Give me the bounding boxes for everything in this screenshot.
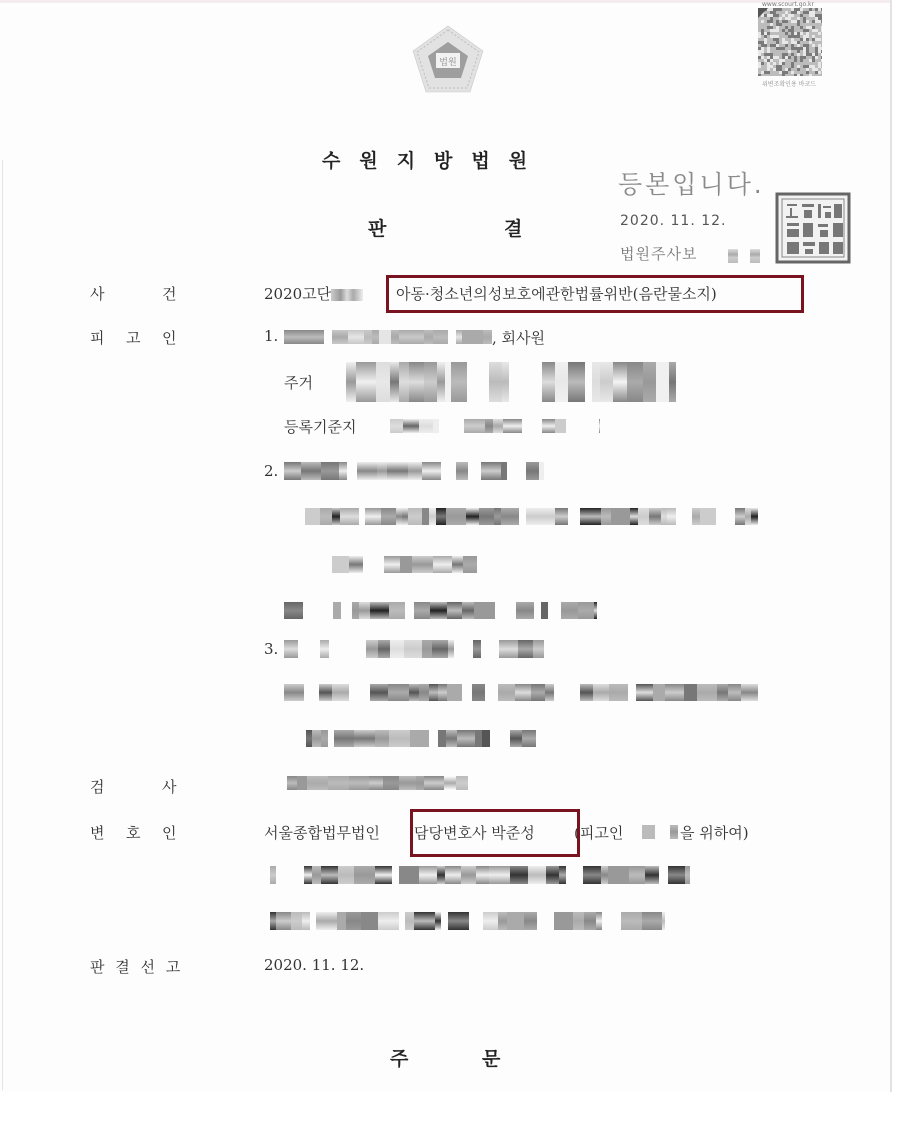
counsel-for-prefix: (피고인	[574, 822, 623, 843]
redacted-defendant-2-address	[284, 508, 758, 525]
section-heading-right: 문	[482, 1044, 500, 1071]
redacted-prosecutor-name	[260, 776, 468, 790]
redacted-defendant-1-name	[284, 330, 324, 344]
redacted-defendant-3-address	[284, 684, 758, 701]
redacted-defendant-2-registry	[284, 602, 597, 619]
counsel-firm: 서울종합법무법인	[264, 822, 380, 843]
verdict-date: 2020. 11. 12.	[264, 956, 364, 974]
redacted-defendant-3-name	[284, 640, 544, 658]
redacted-defendant-2-address-cont	[332, 556, 477, 573]
defendant-2-index: 2.	[264, 462, 278, 480]
clerk-title: 법원주사보	[620, 243, 697, 264]
case-charge: 아동·청소년의성보호에관한법률위반(음란물소지)	[396, 283, 717, 304]
redacted-case-number	[331, 289, 363, 301]
defendant-3-index: 3.	[264, 640, 278, 658]
redacted-defendant-2-name	[284, 462, 544, 480]
court-name: 수원지방법원	[322, 146, 546, 173]
court-emblem-icon: 법원	[410, 24, 486, 94]
case-number: 2020고단	[264, 283, 363, 304]
counsel-attorney: 담당변호사 박준성	[414, 822, 535, 843]
document-page: 법원 www.scourt.go.kr 위변조확인용 바코드 수원지방법원 판 …	[0, 0, 892, 1092]
section-heading-left: 주	[390, 1044, 408, 1071]
qr-url: www.scourt.go.kr	[762, 1, 814, 8]
defendant-1-index: 1.	[264, 327, 278, 345]
redacted-client-name	[642, 825, 678, 839]
svg-text:법원: 법원	[439, 56, 456, 68]
redacted-defendant-3-registry	[284, 730, 536, 747]
page-top-edge	[0, 0, 890, 3]
document-type-right: 결	[504, 214, 522, 241]
redacted-registry-address	[390, 419, 600, 433]
redacted-clerk-name	[728, 249, 738, 263]
redacted-counsel-address-1	[270, 866, 690, 884]
court-seal-icon	[775, 192, 851, 264]
redacted-address	[336, 362, 676, 402]
redacted-defendant-1-id	[332, 330, 492, 344]
registry-label: 등록기준지	[284, 416, 356, 437]
redacted-clerk-name	[750, 249, 760, 263]
qr-caption: 위변조확인용 바코드	[762, 79, 816, 88]
certification-date: 2020. 11. 12.	[620, 213, 727, 229]
case-number-prefix: 2020고단	[264, 285, 331, 303]
page-left-edge	[2, 160, 3, 1090]
certified-copy-stamp: 등본입니다.	[618, 165, 765, 201]
document-type-left: 판	[368, 214, 386, 241]
redacted-counsel-address-2	[270, 912, 665, 930]
verdict-date-label: 판 결 선 고	[90, 956, 183, 977]
counsel-for-suffix: 을 위하여)	[680, 822, 749, 843]
address-label: 주거	[284, 372, 313, 393]
verification-barcode-icon	[758, 8, 822, 76]
defendant-1-occupation: , 회사원	[492, 327, 545, 348]
